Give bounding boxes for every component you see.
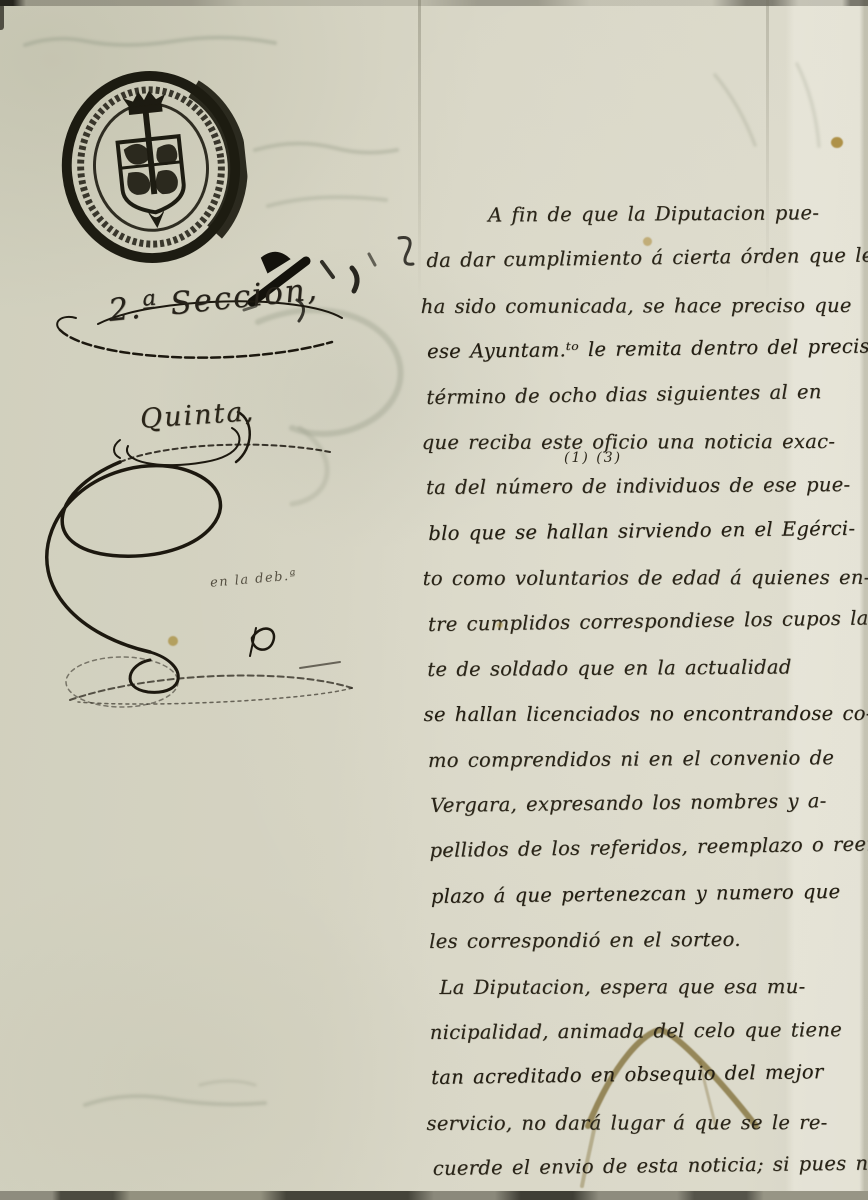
letter-line: nicipalidad, animada del celo que tiene	[430, 1010, 868, 1058]
subject-label: Quinta,	[139, 396, 256, 435]
letter-line: ha sido comunicada, se hace preciso que	[421, 286, 863, 333]
letter-line: tan acreditado en obsequio del mejor	[431, 1052, 868, 1104]
fold-crease-center	[418, 0, 421, 300]
letter-line: servicio, no dará lugar á que se le re-	[426, 1103, 868, 1150]
letter-line: tre cumplidos correspondiese los cupos l…	[428, 598, 868, 650]
scanned-letter-page: 2.ª Seccion, Quinta, en la deb.ª (1) (3)…	[0, 0, 868, 1200]
letter-line: to como voluntarios de edad á quienes en…	[423, 558, 865, 605]
official-seal-stamp	[46, 59, 256, 276]
scan-edge-top	[0, 0, 868, 6]
letter-line: plazo á que pertenezcan y numero que	[431, 871, 868, 922]
foxing-spot	[831, 137, 843, 148]
letter-line: se hallan licenciados no encontrandose c…	[424, 694, 866, 741]
margin-note: en la deb.ª	[210, 568, 298, 591]
rubric-flourish	[47, 301, 352, 707]
scan-edge-left	[0, 4, 4, 30]
letter-line: que reciba este oficio una noticia exac-	[422, 422, 864, 469]
letter-line: pellidos de los referidos, reemplazo o r…	[429, 825, 868, 877]
foxing-spot	[168, 636, 178, 646]
letter-line: A fin de que la Diputacion pue-	[424, 193, 866, 241]
section-label: 2.ª Seccion,	[107, 271, 320, 329]
letter-line: ta del número de individuos de ese pue-	[426, 465, 868, 513]
letter-line: La Diputacion, espera que esa mu-	[425, 966, 867, 1013]
letter-body: A fin de que la Diputacion pue-da dar cu…	[424, 193, 868, 1195]
letter-line: Vergara, expresando los nombres y a-	[430, 781, 868, 832]
letter-line: término de ocho dias siguientes al en	[426, 371, 868, 423]
letter-line: les correspondió en el sorteo.	[429, 919, 868, 967]
foxing-spot	[497, 622, 503, 628]
letter-line: ese Ayuntam.ᵗᵒ le remita dentro del prec…	[427, 327, 868, 378]
letter-line: blo que se hallan sirviendo en el Egérci…	[428, 508, 868, 559]
letter-line: te de soldado que en la actualidad	[427, 647, 868, 695]
letter-line: cuerde el envio de esta noticia; si pues…	[433, 1144, 868, 1195]
foxing-spot	[643, 237, 652, 246]
letter-line: mo comprendidos ni en el convenio de	[428, 738, 868, 786]
